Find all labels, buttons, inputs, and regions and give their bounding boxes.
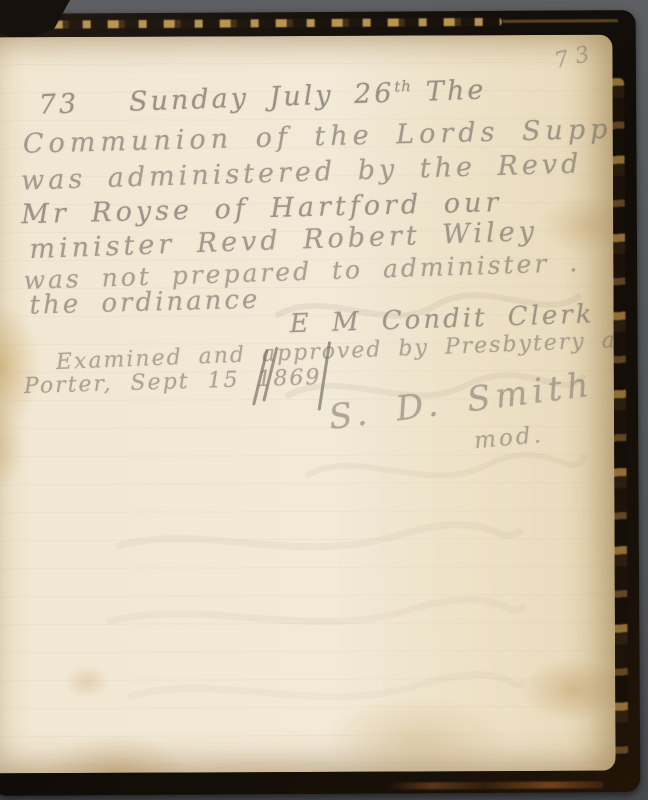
cover-bottom-wear — [388, 781, 603, 789]
entry-heading-line: 73Sunday July 26thThe — [38, 75, 487, 121]
gilt-edge-top-faint — [503, 19, 618, 23]
ink-bleed-through — [265, 270, 586, 531]
handwritten-line: the ordinance — [29, 285, 261, 321]
entry-number: 73 — [38, 88, 79, 120]
page-number: 73 — [552, 41, 598, 74]
scanned-photo-background: 73 73Sunday July 26thThe Communion of th… — [0, 0, 648, 800]
ordinal-suffix: th — [394, 77, 412, 96]
entry-date-text: Sunday July 26 — [129, 78, 395, 118]
ink-bleed-through — [96, 505, 527, 727]
gilt-edge-top — [52, 18, 502, 29]
entry-heading-trailing: The — [425, 75, 486, 108]
journal-page: 73 73Sunday July 26thThe Communion of th… — [0, 35, 616, 774]
